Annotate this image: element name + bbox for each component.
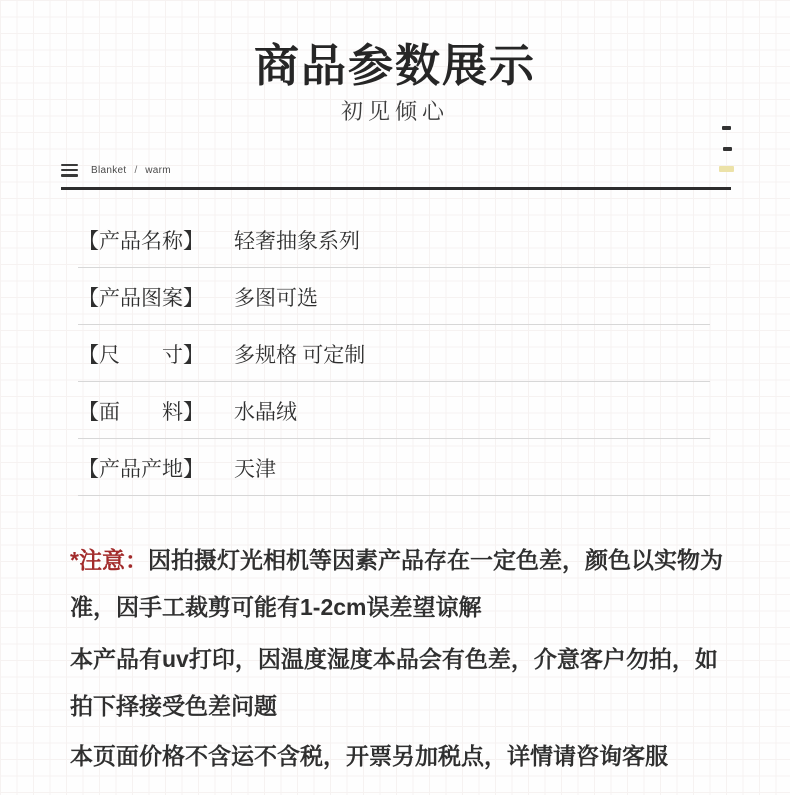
param-value: 轻奢抽象系列	[234, 225, 360, 255]
param-row-size: 【尺 寸】 多规格 可定制	[78, 325, 710, 382]
notice-paragraph-price-tax: 本页面价格不含运不含税，开票另加税点，详情请咨询客服	[70, 733, 730, 780]
param-value: 多图可选	[234, 282, 318, 312]
page-title: 商品参数展示	[0, 36, 790, 96]
breadcrumb: Blanket / warm	[61, 161, 171, 179]
param-label: 【尺 寸】	[78, 339, 234, 369]
notice-text: 因拍摄灯光相机等因素产品存在一定色差，颜色以实物为	[148, 547, 723, 573]
hamburger-bar	[61, 174, 78, 177]
param-row-name: 【产品名称】 轻奢抽象系列	[78, 190, 710, 268]
hamburger-bar	[61, 169, 78, 172]
notice-line: 准，因手工裁剪可能有1-2cm误差望谅解	[70, 584, 730, 631]
param-value: 水晶绒	[234, 396, 297, 426]
hamburger-bar	[61, 164, 78, 167]
notice-line: *注意：因拍摄灯光相机等因素产品存在一定色差，颜色以实物为	[70, 537, 730, 584]
product-params-page: 商品参数展示 初见倾心 Blanket / warm 【产品名称】 轻奢抽象系列…	[0, 0, 790, 795]
breadcrumb-item-blanket[interactable]: Blanket	[91, 165, 126, 176]
notice-line: 本页面价格不含运不含税，开票另加税点，详情请咨询客服	[70, 733, 730, 780]
param-label: 【产品产地】	[78, 453, 234, 483]
param-row-pattern: 【产品图案】 多图可选	[78, 268, 710, 325]
param-row-fabric: 【面 料】 水晶绒	[78, 382, 710, 439]
breadcrumb-separator: /	[134, 165, 137, 176]
notice-line: 拍下择接受色差问题	[70, 683, 730, 730]
edge-marker-dash-2	[723, 147, 732, 151]
param-label: 【产品图案】	[78, 282, 234, 312]
page-subtitle: 初见倾心	[0, 98, 790, 126]
menu-hamburger-icon[interactable]	[61, 164, 78, 177]
param-value: 多规格 可定制	[234, 339, 365, 369]
notice-line: 本产品有uv打印，因温度湿度本品会有色差，介意客户勿拍，如	[70, 636, 730, 683]
edge-marker-dash-yellow	[719, 166, 734, 172]
edge-marker-dash-1	[722, 126, 731, 130]
notice-paragraph-color-difference: *注意：因拍摄灯光相机等因素产品存在一定色差，颜色以实物为 准，因手工裁剪可能有…	[70, 537, 730, 631]
param-label: 【产品名称】	[78, 225, 234, 255]
product-params-table: 【产品名称】 轻奢抽象系列 【产品图案】 多图可选 【尺 寸】 多规格 可定制 …	[78, 190, 710, 496]
notice-section: *注意：因拍摄灯光相机等因素产品存在一定色差，颜色以实物为 准，因手工裁剪可能有…	[70, 537, 730, 780]
breadcrumb-item-warm[interactable]: warm	[145, 165, 171, 176]
param-row-origin: 【产品产地】 天津	[78, 439, 710, 496]
notice-prefix: *注意：	[70, 547, 148, 573]
notice-paragraph-uv-print: 本产品有uv打印，因温度湿度本品会有色差，介意客户勿拍，如 拍下择接受色差问题	[70, 636, 730, 730]
param-label: 【面 料】	[78, 396, 234, 426]
param-value: 天津	[234, 453, 276, 483]
